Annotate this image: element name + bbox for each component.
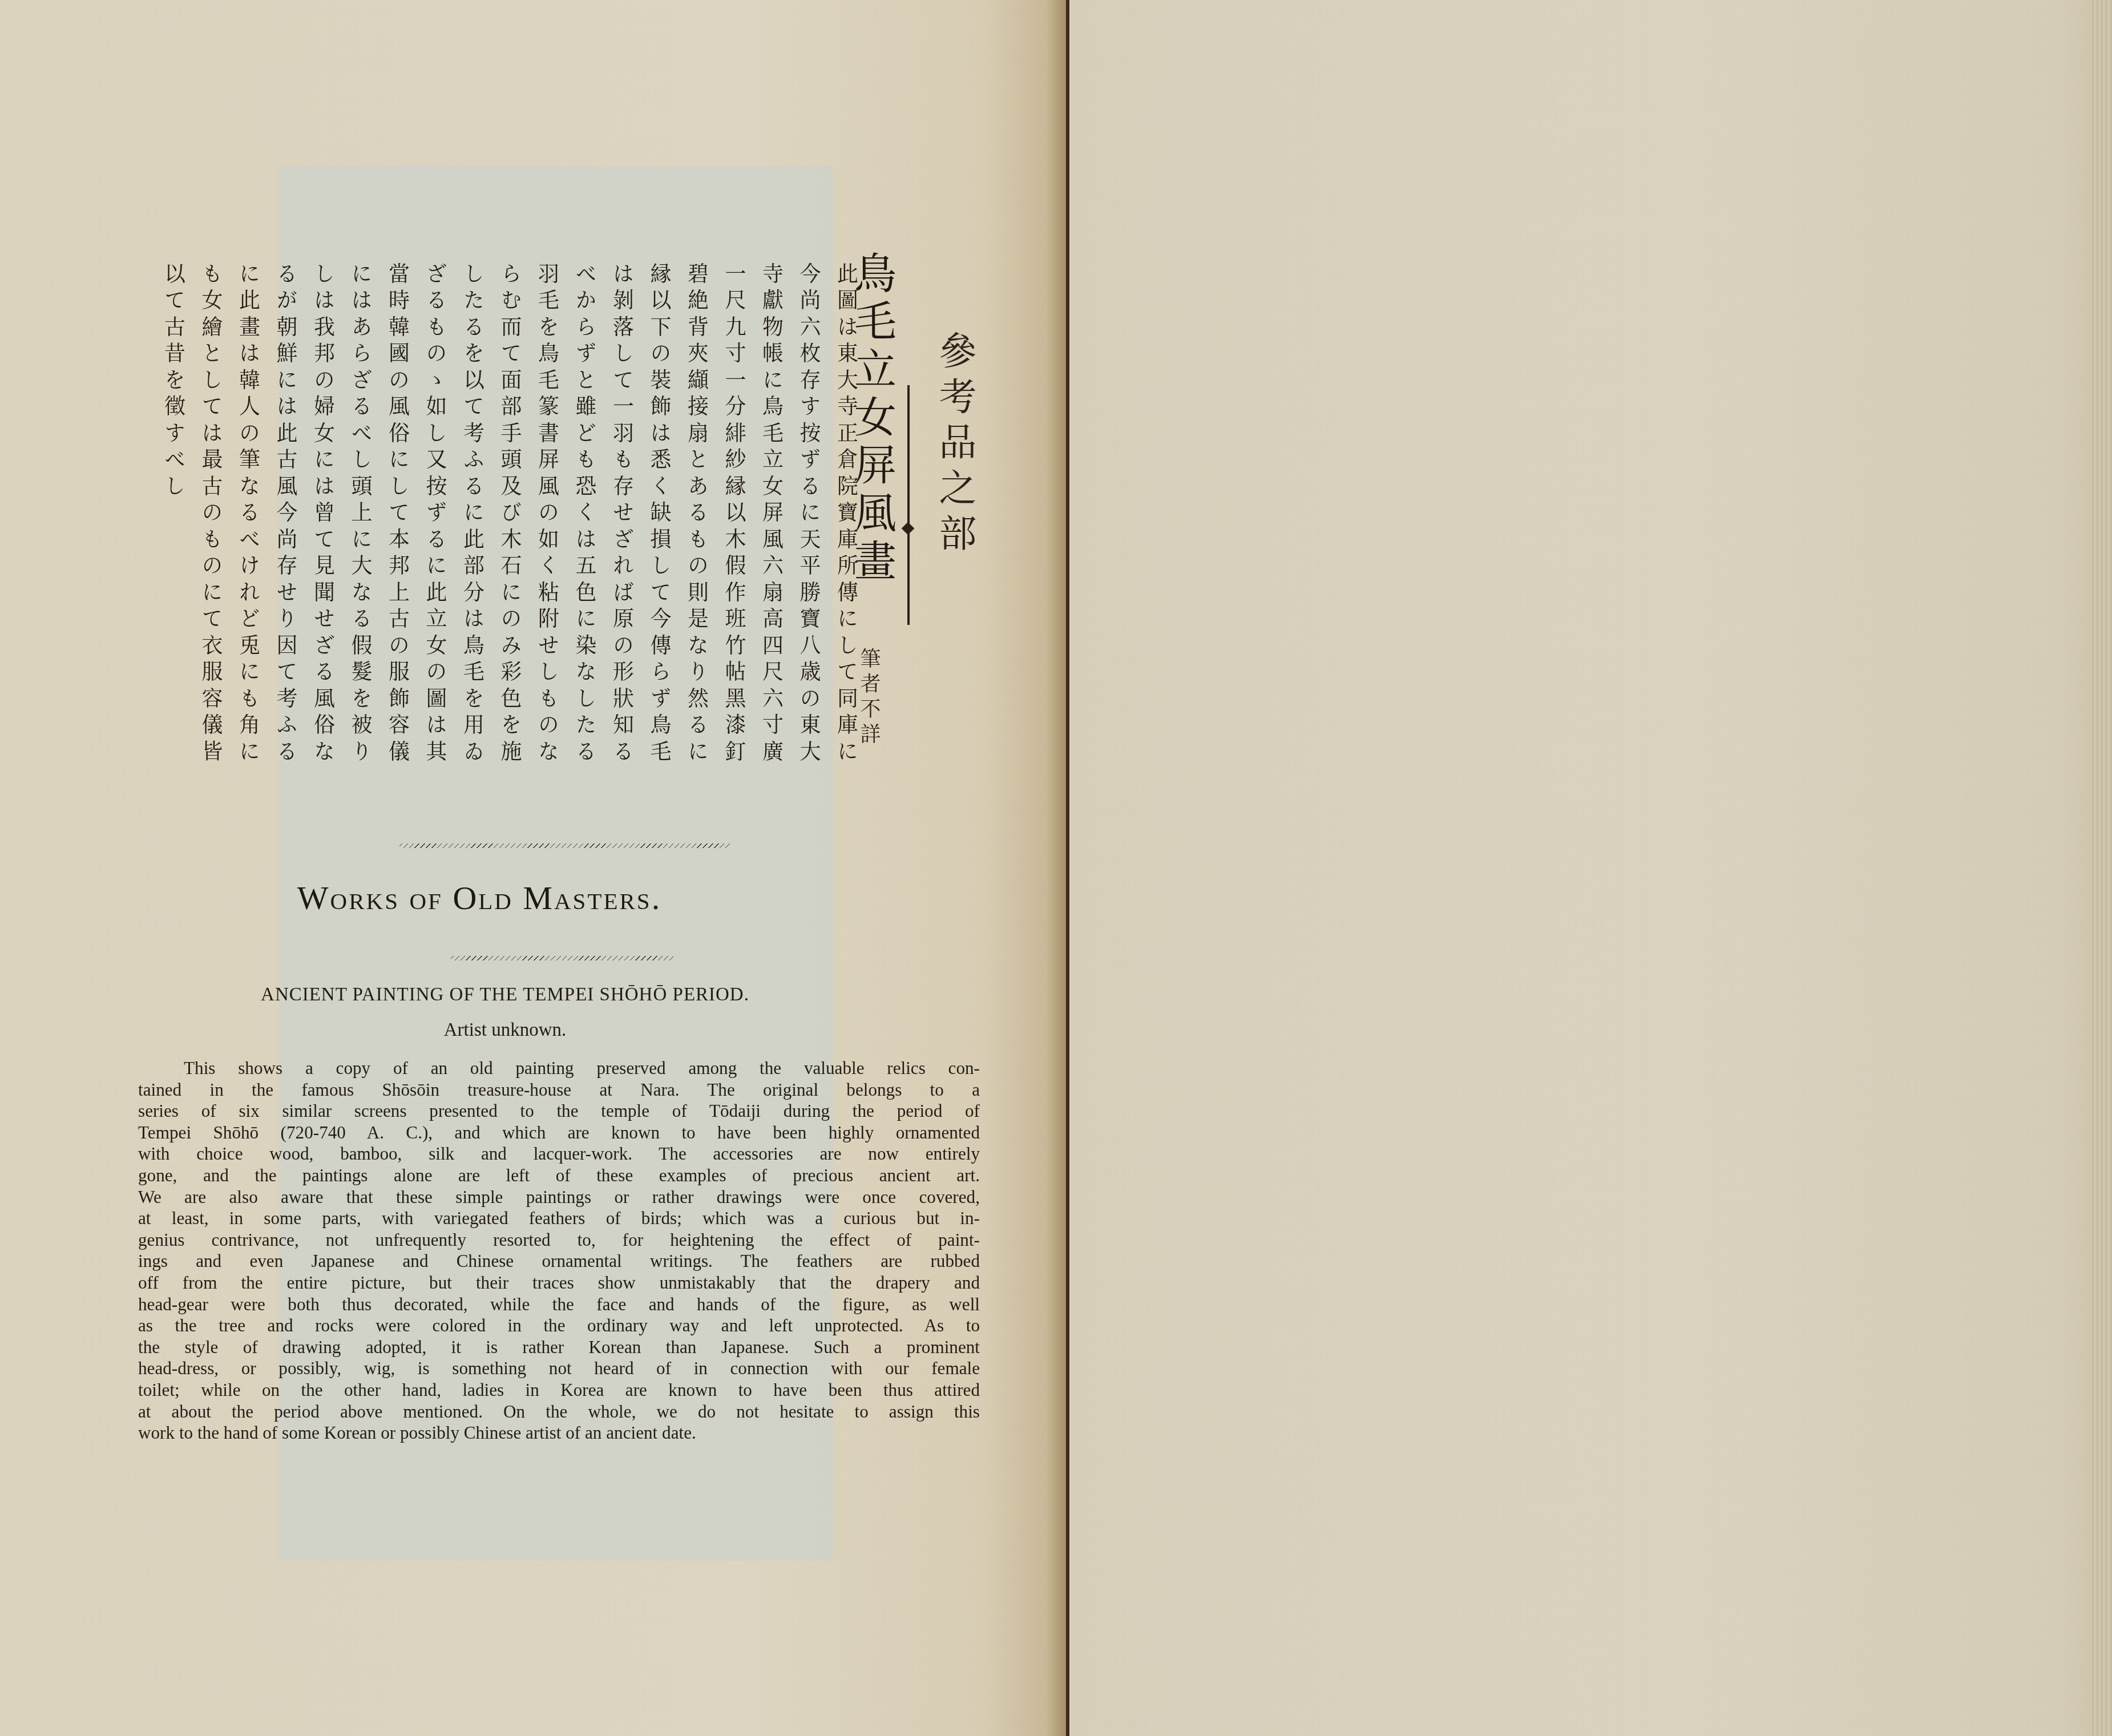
japanese-column: 以て古昔を徵すべし [154, 263, 192, 810]
body-line: genius contrivance, not unfrequently res… [138, 1229, 980, 1251]
body-line: tained in the famous Shōsōin treasure-ho… [138, 1079, 980, 1101]
body-line: ings and even Japanese and Chinese ornam… [138, 1250, 980, 1272]
body-line: We are also aware that these simple pain… [138, 1186, 980, 1208]
body-line: as the tree and rocks were colored in th… [138, 1315, 980, 1337]
body-line: with choice wood, bamboo, silk and lacqu… [138, 1143, 980, 1165]
japanese-body-text: 此圖は東大寺正倉院寶庫所傳にして同庫に 今尚六枚存す按ずるに天平勝寶八歳の東大 … [154, 263, 865, 810]
book-spread: 參考品之部 鳥毛立女屏風畫 筆者不詳 此圖は東大寺正倉院寶庫所傳にして同庫に 今… [0, 0, 2112, 1736]
english-title: Works of Old Masters. [131, 879, 827, 917]
english-body-text: This shows a copy of an old painting pre… [138, 1057, 980, 1444]
japanese-column: らむ而て面部手頭及び木石にのみ彩色を施 [491, 263, 528, 810]
section-title: 參考品之部 [927, 331, 973, 559]
japanese-column: るが朝鮮には此古風今尚存せり因て考ふる [266, 263, 304, 810]
body-line: the style of drawing adopted, it is rath… [138, 1337, 980, 1358]
body-line: off from the entire picture, but their t… [138, 1272, 980, 1294]
japanese-column: 羽毛を鳥毛篆書屏風の如く粘附せしものな [528, 263, 566, 810]
japanese-column: は剝落して一羽も存せざれば原の形狀知る [603, 263, 640, 810]
japanese-column: 碧絶背夾纈接扇とあるもの則是なり然るに [677, 263, 715, 810]
japanese-column: 今尚六枚存す按ずるに天平勝寶八歳の東大 [790, 263, 827, 810]
body-line: Tempei Shōhō (720-740 A. C.), and which … [138, 1122, 980, 1144]
page-edges [2089, 0, 2112, 1736]
body-line: at least, in some parts, with variegated… [138, 1208, 980, 1229]
body-line: head-gear were both thus decorated, whil… [138, 1294, 980, 1315]
japanese-column: 縁以下の裝飾は悉く缺損して今傳らず鳥毛 [640, 263, 678, 810]
japanese-column: も女繪としては最古のものにて衣服容儀皆 [192, 263, 229, 810]
body-line: at about the period above mentioned. On … [138, 1401, 980, 1423]
japanese-column: 寺獻物帳に鳥毛立女屏風六扇高四尺六寸廣 [752, 263, 790, 810]
english-subtitle: ANCIENT PAINTING OF THE TEMPEI SHŌHŌ PER… [131, 984, 879, 1006]
right-page-blank [1069, 0, 2112, 1736]
body-line: series of six similar screens presented … [138, 1100, 980, 1122]
japanese-column: ざるものゝ如し又按ずるに此立女の圖は其 [416, 263, 454, 810]
body-line: work to the hand of some Korean or possi… [138, 1422, 980, 1444]
japanese-column: にはあらざるべし頭上に大なる假髮を被り [341, 263, 379, 810]
wavy-divider-top [399, 843, 730, 848]
japanese-column: べからずと雖ども恐くは五色に染なしたる [566, 263, 603, 810]
japanese-column: 此圖は東大寺正倉院寶庫所傳にして同庫に [827, 263, 865, 810]
japanese-column: しは我邦の婦女には曾て見聞せざる風俗な [304, 263, 341, 810]
wavy-divider-bottom [451, 956, 673, 960]
japanese-column: 當時韓國の風俗にして本邦上古の服飾容儀 [378, 263, 416, 810]
body-line: gone, and the paintings alone are left o… [138, 1165, 980, 1186]
body-line: head-dress, or possibly, wig, is somethi… [138, 1358, 980, 1379]
body-line: This shows a copy of an old painting pre… [138, 1057, 980, 1079]
japanese-column: 一尺九寸一分緋紗縁以木假作班竹帖黑漆釘 [715, 263, 753, 810]
japanese-column: に此畫は韓人の筆なるべけれど兎にも角に [229, 263, 266, 810]
diamond-ornament-icon [902, 522, 915, 535]
english-artist: Artist unknown. [131, 1020, 879, 1041]
vertical-rule [907, 385, 910, 625]
japanese-column: したるを以て考ふるに此部分は鳥毛を用ゐ [453, 263, 491, 810]
left-page: 參考品之部 鳥毛立女屏風畫 筆者不詳 此圖は東大寺正倉院寶庫所傳にして同庫に 今… [0, 0, 1067, 1736]
body-line: toilet; while on the other hand, ladies … [138, 1379, 980, 1401]
